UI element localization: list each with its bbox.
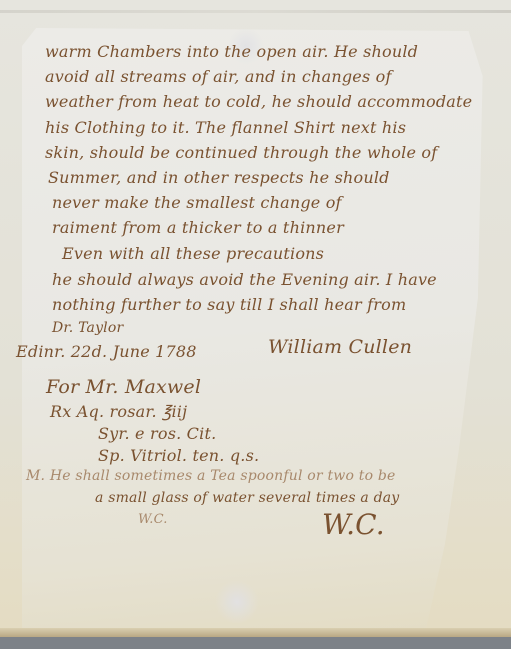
prescription-line: Syr. e ros. Cit. bbox=[98, 424, 216, 443]
body-line: his Clothing to it. The flannel Shirt ne… bbox=[45, 118, 406, 137]
body-line: nothing further to say till I shall hear… bbox=[52, 295, 406, 314]
letter-content: warm Chambers into the open air. He shou… bbox=[0, 0, 511, 649]
body-line: Even with all these precautions bbox=[62, 244, 324, 263]
body-line: Summer, and in other respects he should bbox=[48, 168, 390, 187]
body-line: weather from heat to cold, he should acc… bbox=[45, 92, 472, 111]
initials: W.C. bbox=[322, 508, 385, 541]
prescription-line: Sp. Vitriol. ten. q.s. bbox=[98, 446, 259, 465]
body-line: avoid all streams of air, and in changes… bbox=[45, 67, 392, 86]
body-line: he should always avoid the Evening air. … bbox=[52, 270, 437, 289]
place-date: Edinr. 22d. June 1788 bbox=[16, 342, 197, 361]
document-scan: warm Chambers into the open air. He shou… bbox=[0, 0, 511, 649]
body-line: skin, should be continued through the wh… bbox=[45, 143, 437, 162]
body-line: never make the smallest change of bbox=[52, 193, 342, 212]
signature: William Cullen bbox=[268, 336, 412, 358]
instructions-line: a small glass of water several times a d… bbox=[95, 490, 399, 506]
body-line: warm Chambers into the open air. He shou… bbox=[45, 42, 418, 61]
body-line: raiment from a thicker to a thinner bbox=[52, 218, 344, 237]
prescription-mark: W.C. bbox=[138, 512, 168, 527]
addressee-line: Dr. Taylor bbox=[52, 320, 123, 336]
prescription-header: For Mr. Maxwel bbox=[46, 376, 201, 398]
instructions-line: M. He shall sometimes a Tea spoonful or … bbox=[26, 468, 396, 484]
prescription-line: Rx Aq. rosar. ℥iij bbox=[50, 402, 187, 421]
